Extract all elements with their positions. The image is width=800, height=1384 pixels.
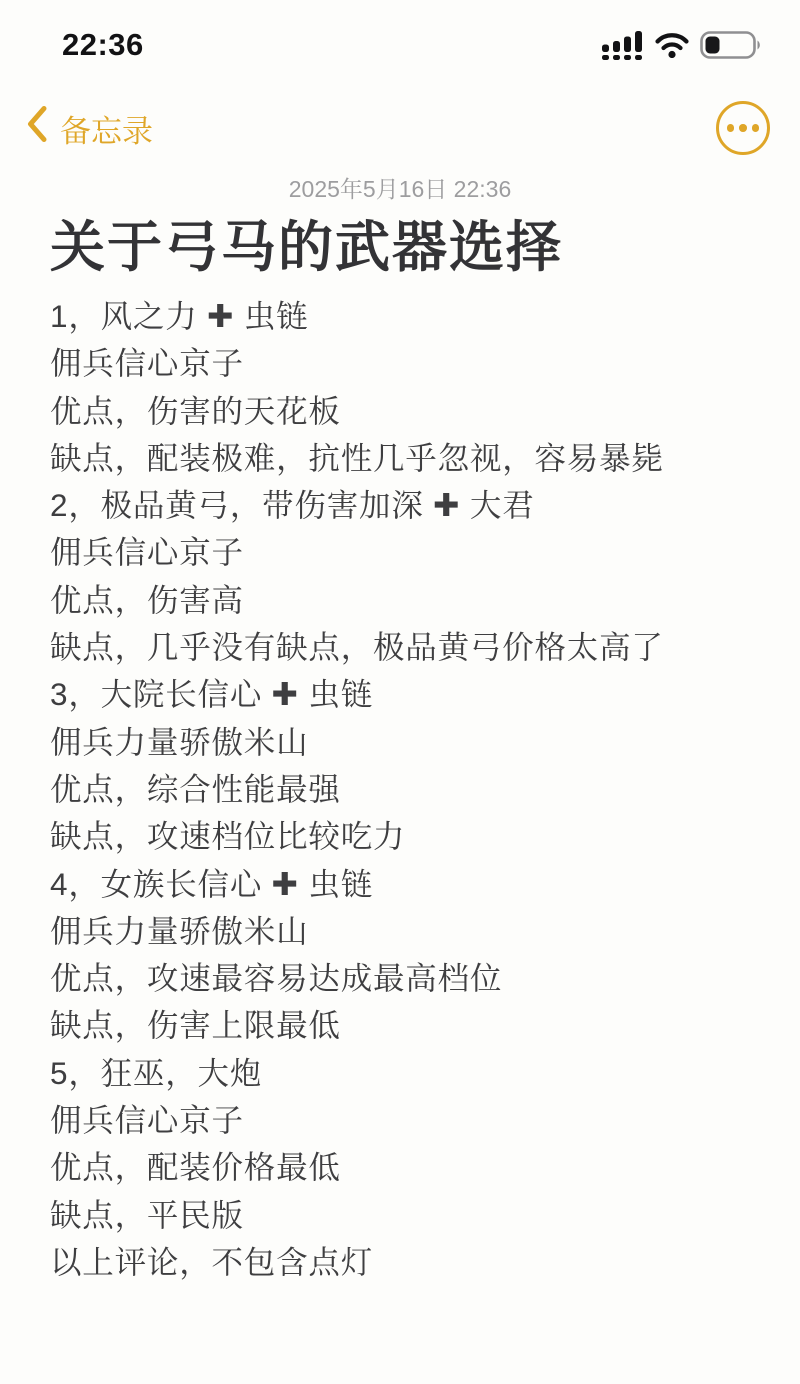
battery-fill (706, 37, 720, 54)
status-time: 22:36 (62, 27, 144, 63)
note-line: 缺点，伤害上限最低 (50, 1002, 750, 1049)
note-line: 缺点，攻速档位比较吃力 (50, 813, 750, 860)
note-line: 以上评论，不包含点灯 (50, 1239, 750, 1286)
note-line: 佣兵信心京子 (50, 1097, 750, 1144)
note-editor[interactable]: 2025年5月16日 22:36 关于弓马的武器选择 1，风之力 ✚ 虫链佣兵信… (0, 176, 800, 1286)
note-line: 4，女族长信心 ✚ 虫链 (50, 861, 750, 908)
note-line: 佣兵力量骄傲米山 (50, 719, 750, 766)
nav-bar: 备忘录 (0, 90, 800, 166)
back-button[interactable]: 备忘录 (26, 105, 153, 151)
note-line: 佣兵力量骄傲米山 (50, 908, 750, 955)
status-icons (602, 31, 762, 60)
note-line: 佣兵信心京子 (50, 529, 750, 576)
note-line: 2，极品黄弓，带伤害加深 ✚ 大君 (50, 482, 750, 529)
status-bar: 22:36 (0, 0, 800, 90)
wifi-icon (655, 32, 689, 58)
note-line: 3，大院长信心 ✚ 虫链 (50, 671, 750, 718)
note-line: 优点，伤害高 (50, 577, 750, 624)
note-line: 优点，配装价格最低 (50, 1144, 750, 1191)
note-line: 优点，攻速最容易达成最高档位 (50, 955, 750, 1002)
note-line: 缺点，配装极难，抗性几乎忽视，容易暴毙 (50, 435, 750, 482)
back-button-label: 备忘录 (60, 106, 153, 151)
note-body: 1，风之力 ✚ 虫链佣兵信心京子优点，伤害的天花板缺点，配装极难，抗性几乎忽视，… (0, 293, 800, 1286)
note-line: 缺点，几乎没有缺点，极品黄弓价格太高了 (50, 624, 750, 671)
note-line: 1，风之力 ✚ 虫链 (50, 293, 750, 340)
more-button[interactable] (716, 101, 770, 155)
cellular-signal-icon (602, 31, 644, 60)
note-line: 优点，伤害的天花板 (50, 388, 750, 435)
note-title: 关于弓马的武器选择 (0, 216, 800, 279)
notes-app-screen: 22:36 (0, 0, 800, 1384)
note-line: 缺点，平民版 (50, 1192, 750, 1239)
note-date: 2025年5月16日 22:36 (0, 176, 800, 202)
ellipsis-circle-icon (727, 124, 735, 132)
note-line: 5，狂巫，大炮 (50, 1050, 750, 1097)
note-line: 优点，综合性能最强 (50, 766, 750, 813)
note-line: 佣兵信心京子 (50, 340, 750, 387)
chevron-left-icon (26, 105, 48, 151)
battery-icon (700, 31, 762, 59)
